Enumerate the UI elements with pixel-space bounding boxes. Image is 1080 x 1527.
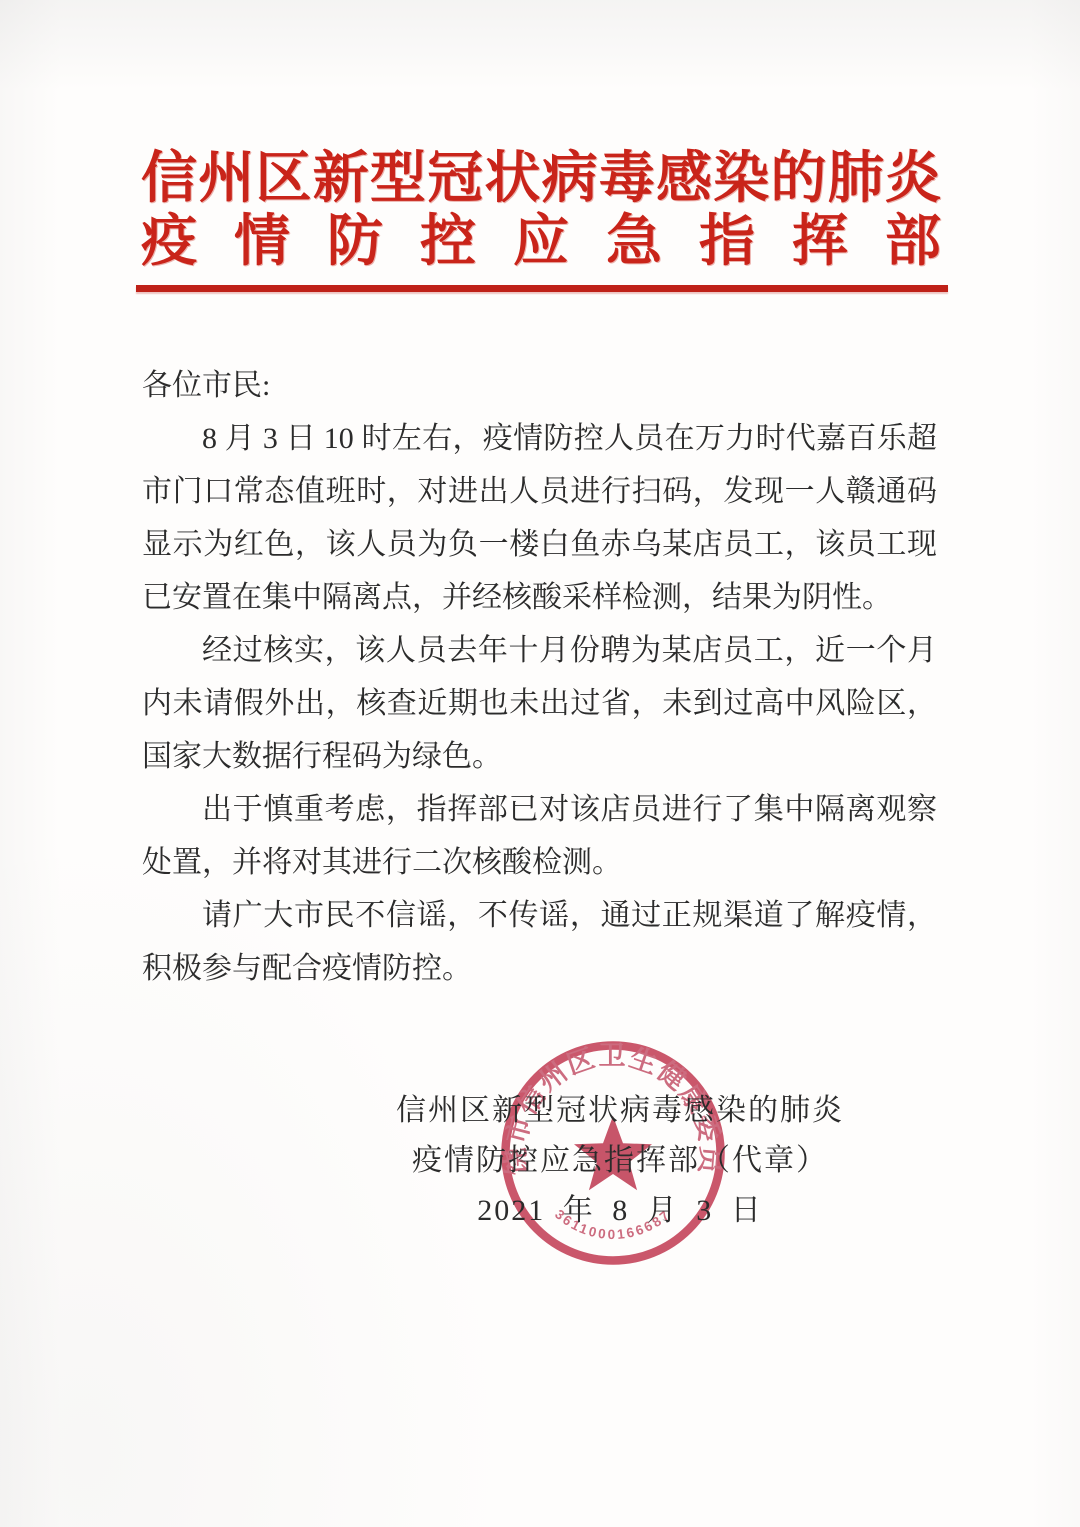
notice-page: 信州区新型冠状病毒感染的肺炎 疫情防控应急指挥部 各位市民: 8 月 3 日 1… bbox=[0, 0, 1080, 1527]
paragraph-3: 出于慎重考虑，指挥部已对该店员进行了集中隔离观察处置，并将对其进行二次核酸检测。 bbox=[142, 783, 937, 889]
salutation: 各位市民: bbox=[142, 359, 937, 412]
notice-body: 各位市民: 8 月 3 日 10 时左右，疫情防控人员在万力时代嘉百乐超市门口常… bbox=[142, 359, 937, 995]
notice-title-line2: 疫情防控应急指挥部 bbox=[141, 210, 941, 272]
signature-org-line2: 疫情防控应急指挥部（代章） bbox=[380, 1136, 860, 1186]
paragraph-4: 请广大市民不信谣，不传谣，通过正规渠道了解疫情，积极参与配合疫情防控。 bbox=[142, 889, 937, 995]
notice-title-line1: 信州区新型冠状病毒感染的肺炎 bbox=[141, 146, 941, 210]
header-divider-rule bbox=[136, 285, 948, 292]
signature-date: 2021 年 8 月 3 日 bbox=[380, 1186, 860, 1236]
paragraph-1: 8 月 3 日 10 时左右，疫情防控人员在万力时代嘉百乐超市门口常态值班时，对… bbox=[142, 412, 937, 624]
notice-header: 信州区新型冠状病毒感染的肺炎 疫情防控应急指挥部 bbox=[141, 146, 941, 272]
paragraph-2: 经过核实，该人员去年十月份聘为某店员工，近一个月内未请假外出，核查近期也未出过省… bbox=[142, 624, 937, 783]
signature-org-line1: 信州区新型冠状病毒感染的肺炎 bbox=[380, 1086, 860, 1136]
signature-block: 信州区新型冠状病毒感染的肺炎 疫情防控应急指挥部（代章） 2021 年 8 月 … bbox=[380, 1086, 860, 1236]
